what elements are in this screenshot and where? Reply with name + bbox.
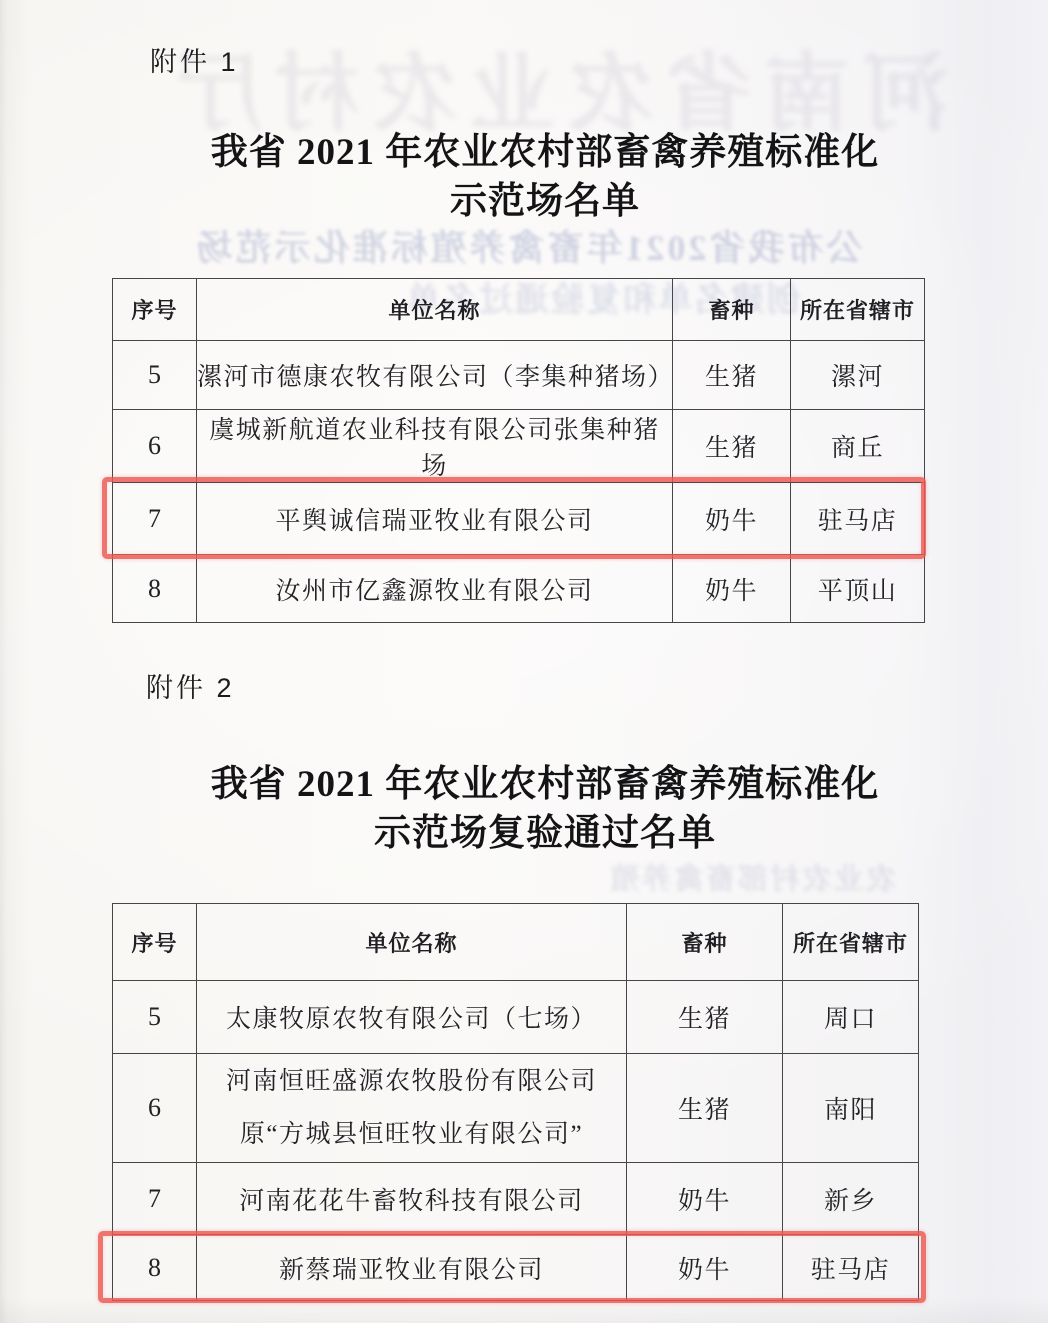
cell-no: 7 [113, 483, 197, 555]
cell-livestock-type: 生猪 [627, 981, 783, 1054]
attachment2-table: 序号 单位名称 畜种 所在省辖市 5 太康牧原农牧有限公司（七场） 生猪 周口 … [112, 903, 919, 1301]
attachment1-table: 序号 单位名称 畜种 所在省辖市 5 漯河市德康农牧有限公司（李集种猪场） 生猪… [112, 278, 925, 623]
cell-unit-name: 漯河市德康农牧有限公司（李集种猪场） [197, 341, 673, 410]
bleed-through-text-mid1: 公布我省2021年畜禽养殖标准化示范场 [178, 220, 878, 271]
table-row: 5 漯河市德康农牧有限公司（李集种猪场） 生猪 漯河 [113, 341, 925, 410]
cell-city: 驻马店 [783, 1235, 919, 1301]
cell-city: 平顶山 [791, 555, 925, 623]
table-header-row: 序号 单位名称 畜种 所在省辖市 [113, 904, 919, 981]
cell-livestock-type: 奶牛 [627, 1163, 783, 1235]
cell-unit-name: 河南花花牛畜牧科技有限公司 [197, 1163, 627, 1235]
cell-city: 周口 [783, 981, 919, 1054]
cell-city: 商丘 [791, 410, 925, 483]
cell-unit-name: 汝州市亿鑫源牧业有限公司 [197, 555, 673, 623]
cell-livestock-type: 奶牛 [673, 555, 791, 623]
cell-livestock-type: 奶牛 [627, 1235, 783, 1301]
table-row: 6 河南恒旺盛源农牧股份有限公司 原“方城县恒旺牧业有限公司” 生猪 南阳 [113, 1054, 919, 1163]
table-header-row: 序号 单位名称 畜种 所在省辖市 [113, 279, 925, 341]
cell-no: 8 [113, 1235, 197, 1301]
column-header-unit-name: 单位名称 [197, 904, 627, 981]
cell-no: 5 [113, 341, 197, 410]
cell-no: 6 [113, 410, 197, 483]
column-header-livestock-type: 畜种 [673, 279, 791, 341]
bleed-through-text-above-table2: 农业农村部畜禽养殖 [552, 854, 952, 898]
attachment1-title: 我省 2021 年农业农村部畜禽养殖标准化 示范场名单 [40, 128, 1048, 226]
cell-unit-name: 太康牧原农牧有限公司（七场） [197, 981, 627, 1054]
attachment1-label: 附件 1 [150, 40, 239, 79]
cell-unit-name: 虞城新航道农业科技有限公司张集种猪场 [197, 410, 673, 483]
cell-livestock-type: 生猪 [673, 341, 791, 410]
column-header-no: 序号 [113, 904, 197, 981]
column-header-no: 序号 [113, 279, 197, 341]
attachment2-label: 附件 2 [146, 666, 235, 705]
cell-no: 8 [113, 555, 197, 623]
unit-name-line1: 河南恒旺盛源农牧股份有限公司 [197, 1055, 626, 1108]
scanned-document-page: 河南省农业农村厅 公布我省2021年畜禽养殖标准化示范场 创建名单和复验通过名单… [0, 0, 1048, 1323]
table-row: 7 河南花花牛畜牧科技有限公司 奶牛 新乡 [113, 1163, 919, 1235]
cell-no: 7 [113, 1163, 197, 1235]
table-row: 6 虞城新航道农业科技有限公司张集种猪场 生猪 商丘 [113, 410, 925, 483]
table-row-highlighted: 7 平舆诚信瑞亚牧业有限公司 奶牛 驻马店 [113, 483, 925, 555]
table-row: 5 太康牧原农牧有限公司（七场） 生猪 周口 [113, 981, 919, 1054]
cell-no: 6 [113, 1054, 197, 1163]
attachment1-title-line1: 我省 2021 年农业农村部畜禽养殖标准化 [40, 128, 1048, 177]
cell-city: 新乡 [783, 1163, 919, 1235]
table-row: 8 汝州市亿鑫源牧业有限公司 奶牛 平顶山 [113, 555, 925, 623]
table-row-highlighted: 8 新蔡瑞亚牧业有限公司 奶牛 驻马店 [113, 1235, 919, 1301]
cell-no: 5 [113, 981, 197, 1054]
cell-city: 驻马店 [791, 483, 925, 555]
column-header-unit-name: 单位名称 [197, 279, 673, 341]
cell-city: 南阳 [783, 1054, 919, 1163]
cell-unit-name: 平舆诚信瑞亚牧业有限公司 [197, 483, 673, 555]
attachment1-title-line2: 示范场名单 [40, 177, 1048, 226]
column-header-city: 所在省辖市 [791, 279, 925, 341]
column-header-livestock-type: 畜种 [627, 904, 783, 981]
cell-livestock-type: 生猪 [627, 1054, 783, 1163]
cell-livestock-type: 奶牛 [673, 483, 791, 555]
column-header-city: 所在省辖市 [783, 904, 919, 981]
cell-city: 漯河 [791, 341, 925, 410]
unit-name-line2: 原“方城县恒旺牧业有限公司” [197, 1108, 626, 1161]
cell-unit-name: 新蔡瑞亚牧业有限公司 [197, 1235, 627, 1301]
cell-livestock-type: 生猪 [673, 410, 791, 483]
attachment2-title: 我省 2021 年农业农村部畜禽养殖标准化 示范场复验通过名单 [40, 760, 1048, 858]
attachment2-title-line1: 我省 2021 年农业农村部畜禽养殖标准化 [40, 760, 1048, 809]
attachment2-title-line2: 示范场复验通过名单 [40, 809, 1048, 858]
cell-unit-name: 河南恒旺盛源农牧股份有限公司 原“方城县恒旺牧业有限公司” [197, 1054, 627, 1163]
